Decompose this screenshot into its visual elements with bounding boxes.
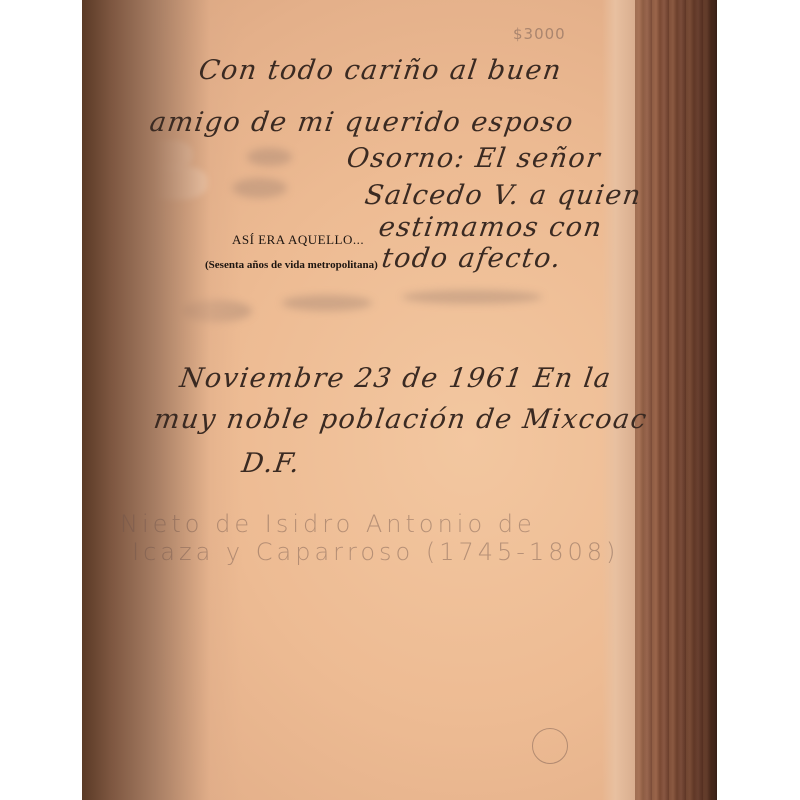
inscription-signature: D.F. (240, 448, 303, 479)
printed-book-subtitle: (Sesenta años de vida metropolitana) (205, 259, 378, 271)
pencil-note-line: Nieto de Isidro Antonio de (120, 510, 536, 538)
inscription-line: Salcedo V. a quien (363, 180, 644, 211)
inscription-line: Osorno: El señor (345, 143, 603, 174)
inscription-line: Con todo cariño al buen (197, 55, 564, 86)
book-binding-shadow (635, 0, 717, 800)
inscription-line: Noviembre 23 de 1961 En la (178, 363, 614, 394)
inscription-line: estimamos con (377, 212, 605, 243)
pencil-circle-mark (532, 728, 568, 764)
page-edge (602, 0, 635, 800)
inscription-line: muy noble población de Mixcoac (152, 404, 650, 435)
erased-smudge (282, 295, 372, 311)
inscription-line: todo afecto. (380, 243, 564, 274)
erased-smudge (247, 148, 292, 166)
price-mark: $3000 (513, 25, 566, 43)
inscription-line: amigo de mi querido esposo (148, 107, 576, 138)
printed-book-title: ASÍ ERA AQUELLO... (232, 232, 364, 248)
book-photo: $3000 Con todo cariño al buen amigo de m… (82, 0, 717, 800)
erased-smudge (402, 290, 542, 304)
pencil-note-line: Icaza y Caparroso (1745-1808) (132, 538, 619, 566)
